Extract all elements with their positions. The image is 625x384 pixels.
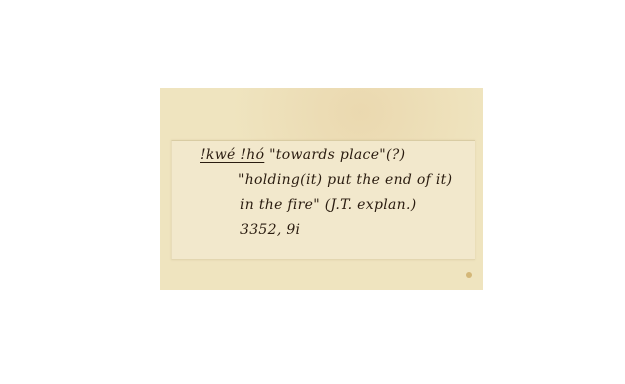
mounting-card: !kwé !hó "towards place"(?) "holding(it)… [160,88,483,290]
note-line-3: in the fire" (J.T. explan.) [240,197,416,213]
reference-number: 3352, 9i [240,222,300,238]
handwritten-note-slip: !kwé !hó "towards place"(?) "holding(it)… [171,140,475,260]
headword: !kwé !hó [200,147,264,163]
stain-mark [466,272,472,278]
note-line-2: "holding(it) put the end of it) [238,172,452,188]
note-line-1: !kwé !hó "towards place"(?) [200,147,405,163]
gloss: "towards place"(?) [264,147,405,163]
